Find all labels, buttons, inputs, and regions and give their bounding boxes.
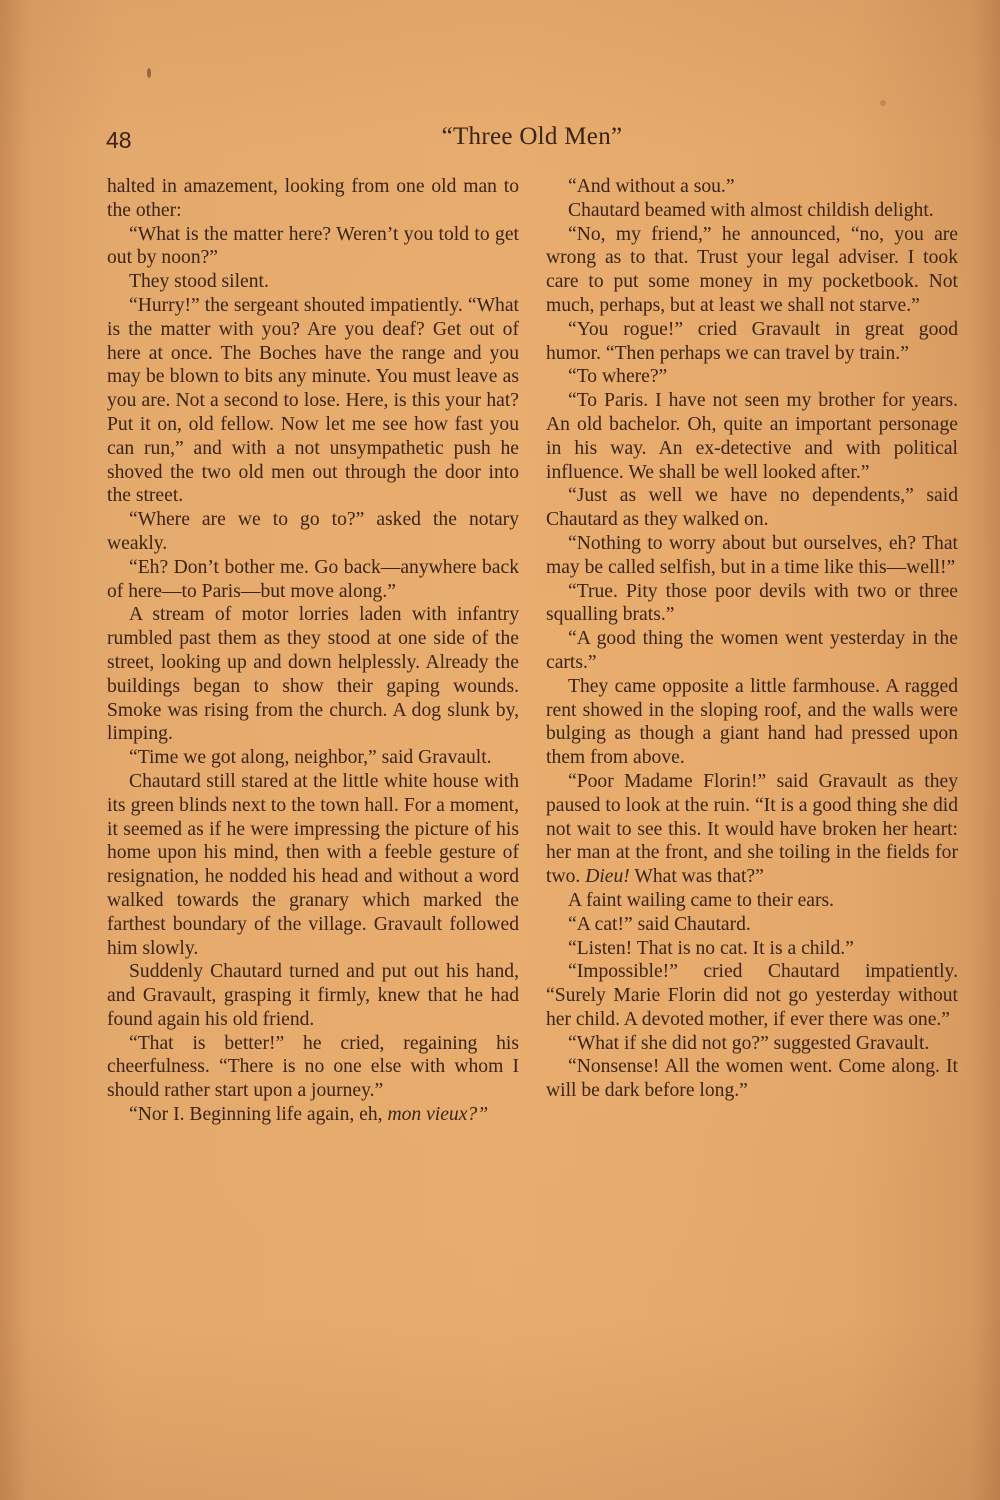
paragraph: “Poor Madame Florin!” said Gravault as t… <box>546 770 958 889</box>
paragraph: “Nor I. Beginning life again, eh, mon vi… <box>107 1103 519 1127</box>
paragraph: “Nonsense! All the women went. Come alon… <box>546 1055 958 1103</box>
paragraph: A faint wailing came to their ears. <box>546 889 958 913</box>
paragraph-text: “Nor I. Beginning life again, eh, <box>129 1104 387 1125</box>
running-title: “Three Old Men” <box>106 123 958 151</box>
paper-speck <box>880 100 886 106</box>
paragraph: “And without a sou.” <box>546 175 958 199</box>
paragraph: Chautard beamed with almost childish del… <box>546 199 958 223</box>
italic-phrase: mon vieux?” <box>387 1104 488 1125</box>
paragraph: halted in amazement, looking from one ol… <box>107 175 519 223</box>
paragraph: “True. Pity those poor devils with two o… <box>546 580 958 628</box>
paragraph: “What if she did not go?” suggested Grav… <box>546 1032 958 1056</box>
paragraph: “Eh? Don’t bother me. Go back—anywhere b… <box>107 556 519 604</box>
paragraph: “What is the matter here? Weren’t you to… <box>107 223 519 271</box>
paragraph: Suddenly Chautard turned and put out his… <box>107 960 519 1031</box>
paragraph: “Just as well we have no dependents,” sa… <box>546 484 958 532</box>
paragraph: “A good thing the women went yesterday i… <box>546 627 958 675</box>
paper-speck <box>147 68 151 78</box>
paragraph: They stood silent. <box>107 270 519 294</box>
book-page: 48 “Three Old Men” halted in amazement, … <box>0 0 1000 1500</box>
paragraph: “Listen! That is no cat. It is a child.” <box>546 937 958 961</box>
page-header: 48 “Three Old Men” <box>106 123 958 159</box>
right-column: “And without a sou.” Chautard beamed wit… <box>546 175 958 1103</box>
paragraph: “Hurry!” the sergeant shouted impatientl… <box>107 294 519 508</box>
paragraph: Chautard still stared at the little whit… <box>107 770 519 960</box>
paragraph: A stream of motor lorries laden with inf… <box>107 603 519 746</box>
paragraph: “Where are we to go to?” asked the notar… <box>107 508 519 556</box>
paragraph: “To where?” <box>546 365 958 389</box>
paragraph: “Nothing to worry about but ourselves, e… <box>546 532 958 580</box>
paragraph: “Impossible!” cried Chautard impatiently… <box>546 960 958 1031</box>
paragraph: “You rogue!” cried Gravault in great goo… <box>546 318 958 366</box>
paragraph: “Time we got along, neighbor,” said Grav… <box>107 746 519 770</box>
paragraph: They came opposite a little farmhouse. A… <box>546 675 958 770</box>
paragraph: “That is better!” he cried, regaining hi… <box>107 1032 519 1103</box>
left-column: halted in amazement, looking from one ol… <box>107 175 519 1127</box>
paragraph: “To Paris. I have not seen my brother fo… <box>546 389 958 484</box>
italic-phrase: Dieu! <box>585 866 630 887</box>
paragraph: “A cat!” said Chautard. <box>546 913 958 937</box>
paragraph-text: What was that?” <box>630 866 764 887</box>
paragraph: “No, my friend,” he announced, “no, you … <box>546 223 958 318</box>
